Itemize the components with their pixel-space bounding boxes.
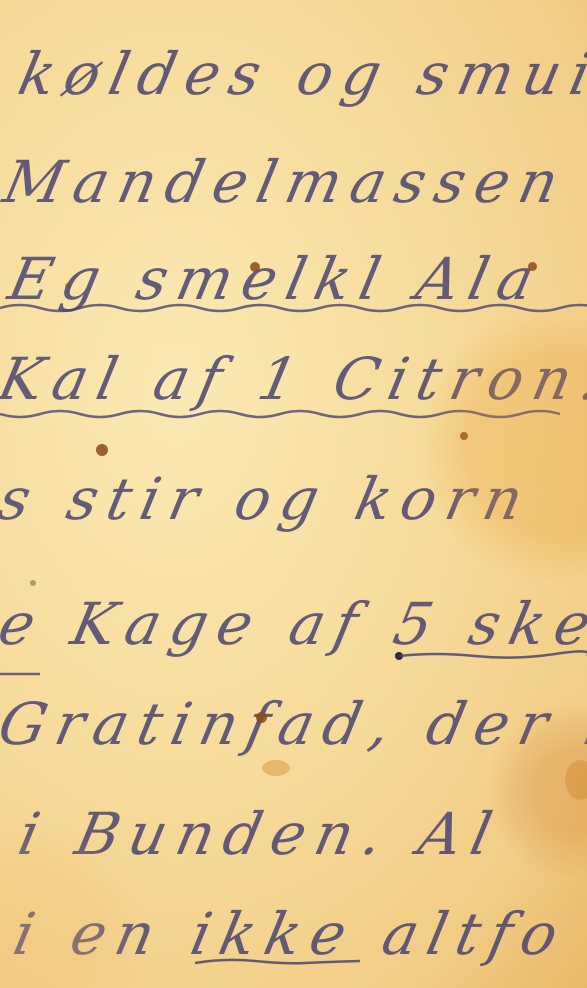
ink-stain xyxy=(256,712,267,723)
wavy-underline-line-3 xyxy=(0,300,587,314)
aged-paper-page: køldes og smuikk Mandelmassen 1 Eg smelk… xyxy=(0,0,587,988)
wavy-underline-line-9 xyxy=(195,955,360,969)
underline-line-6 xyxy=(395,648,587,662)
handwritten-line-1: køldes og smuikk xyxy=(13,40,587,108)
ink-stain xyxy=(250,262,260,272)
handwritten-line-5: s stir og korn xyxy=(0,465,539,533)
water-stain xyxy=(262,760,290,776)
ink-stain xyxy=(460,432,468,440)
wavy-underline-line-4 xyxy=(0,408,560,422)
handwritten-line-2: Mandelmassen 1 xyxy=(0,148,587,216)
ink-stain xyxy=(96,444,108,456)
ink-stain xyxy=(30,580,36,586)
handwritten-line-4: Kal af 1 Citron. xyxy=(0,345,587,413)
margin-dash-line-6 xyxy=(0,668,40,682)
handwritten-line-8: i Bunden. Al xyxy=(13,800,508,868)
ink-stain xyxy=(65,283,71,289)
handwritten-line-7: Gratinfad, der i xyxy=(0,690,587,758)
ink-stain xyxy=(528,262,537,271)
water-stain xyxy=(565,760,587,800)
